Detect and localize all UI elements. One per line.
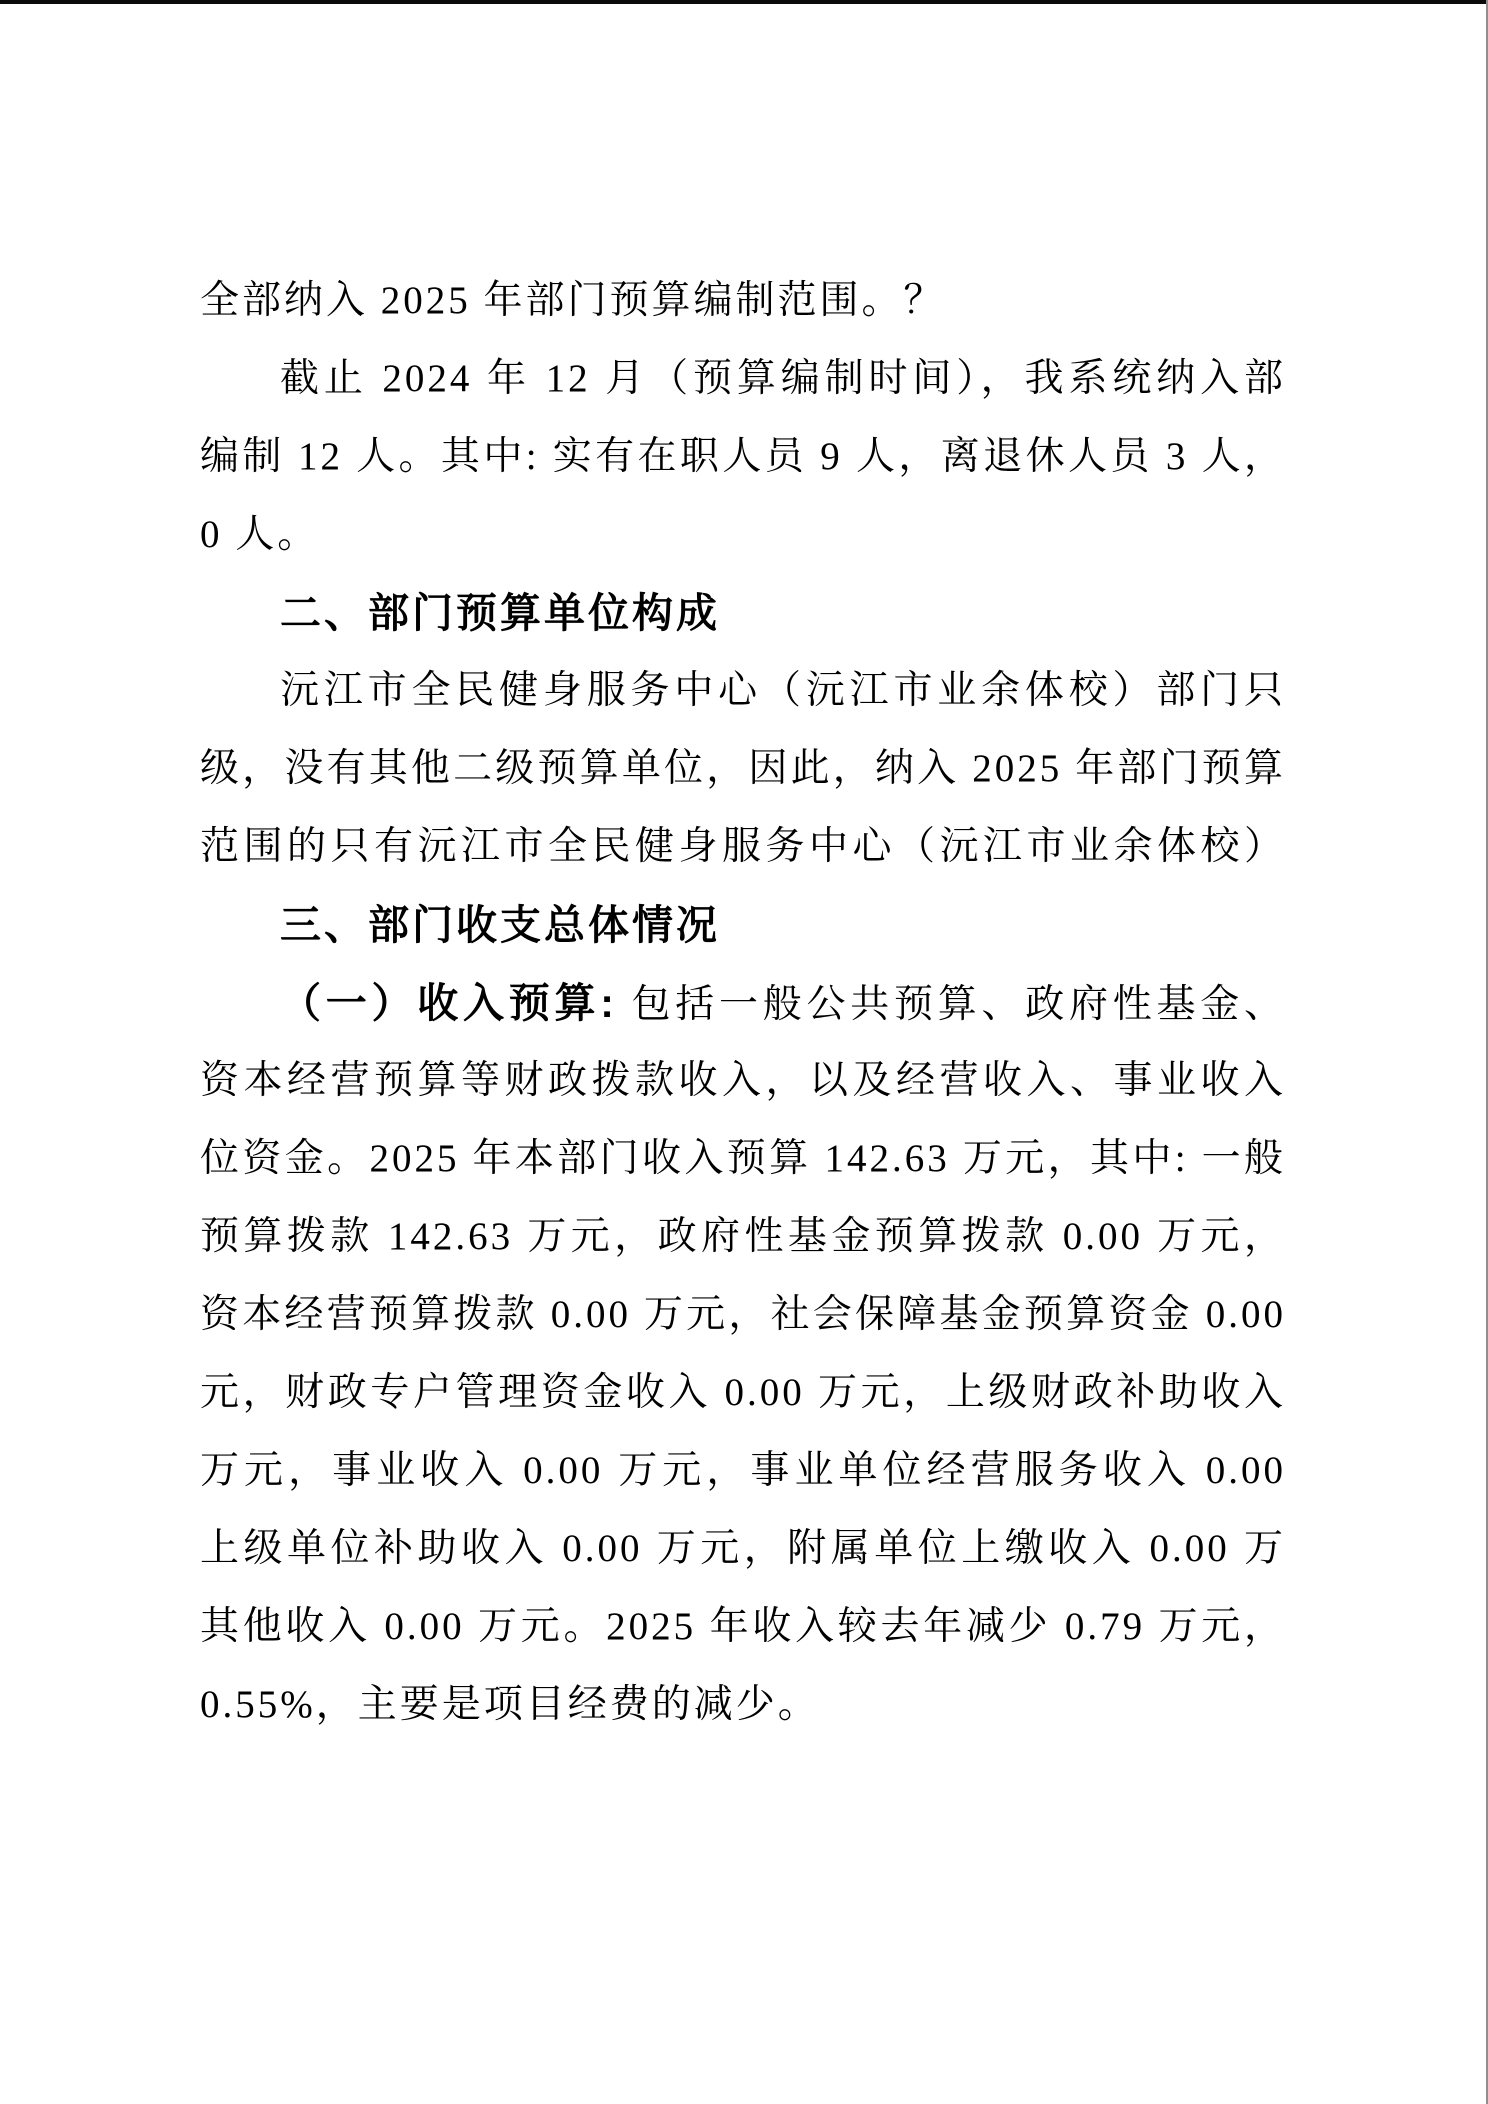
section-heading: 三、部门收支总体情况 bbox=[200, 886, 1286, 964]
text-run: 万元，事业收入 0.00 万元，事业单位经营服务收入 0.00 万元， bbox=[200, 1449, 1286, 1510]
text-line: 全部纳入 2025 年部门预算编制范围。？ bbox=[200, 262, 1286, 340]
bold-text-run: 三、部门收支总体情况 bbox=[280, 902, 720, 948]
text-line: 编制 12 人。其中: 实有在职人员 9 人，离退休人员 3 人，遗属 bbox=[200, 418, 1286, 496]
text-run: 预算拨款 142.63 万元，政府性基金预算拨款 0.00 万元，国有 bbox=[200, 1215, 1286, 1276]
document-body: 全部纳入 2025 年部门预算编制范围。？截止 2024 年 12 月（预算编制… bbox=[200, 262, 1286, 1744]
text-line: 预算拨款 142.63 万元，政府性基金预算拨款 0.00 万元，国有 bbox=[200, 1198, 1286, 1276]
text-run: 范围的只有沅江市全民健身服务中心（沅江市业余体校）本级。 bbox=[200, 825, 1286, 886]
section-heading: 二、部门预算单位构成 bbox=[200, 574, 1286, 652]
text-run: 全部纳入 2025 年部门预算编制范围。？ bbox=[200, 279, 946, 322]
text-run: 0 人。 bbox=[200, 513, 319, 556]
text-run: 0.55%，主要是项目经费的减少。 bbox=[200, 1683, 820, 1726]
text-line: 范围的只有沅江市全民健身服务中心（沅江市业余体校）本级。 bbox=[200, 808, 1286, 886]
text-line: 截止 2024 年 12 月（预算编制时间），我系统纳入部门预算 bbox=[200, 340, 1286, 418]
text-run: 沅江市全民健身服务中心（沅江市业余体校）部门只有本 bbox=[280, 669, 1286, 730]
text-run: 元，财政专户管理资金收入 0.00 万元，上级财政补助收入 0.00 bbox=[200, 1371, 1286, 1432]
bold-text-run: 二、部门预算单位构成 bbox=[280, 590, 720, 636]
text-line: 沅江市全民健身服务中心（沅江市业余体校）部门只有本 bbox=[200, 652, 1286, 730]
text-run: 资本经营预算拨款 0.00 万元，社会保障基金预算资金 0.00 万 bbox=[200, 1293, 1286, 1354]
text-line: （一）收入预算: 包括一般公共预算、政府性基金、国有 bbox=[200, 964, 1286, 1042]
text-line: 万元，事业收入 0.00 万元，事业单位经营服务收入 0.00 万元， bbox=[200, 1432, 1286, 1510]
text-run: 上级单位补助收入 0.00 万元，附属单位上缴收入 0.00 万元， bbox=[200, 1527, 1286, 1588]
text-line: 级，没有其他二级预算单位，因此，纳入 2025 年部门预算编制 bbox=[200, 730, 1286, 808]
text-run: 截止 2024 年 12 月（预算编制时间），我系统纳入部门预算 bbox=[280, 357, 1286, 418]
text-line: 资本经营预算拨款 0.00 万元，社会保障基金预算资金 0.00 万 bbox=[200, 1276, 1286, 1354]
text-line: 0 人。 bbox=[200, 496, 1286, 574]
window-top-edge bbox=[0, 0, 1488, 4]
text-run: 资本经营预算等财政拨款收入，以及经营收入、事业收入等单 bbox=[200, 1059, 1286, 1120]
text-line: 位资金。2025 年本部门收入预算 142.63 万元，其中: 一般公共 bbox=[200, 1120, 1286, 1198]
text-run: 级，没有其他二级预算单位，因此，纳入 2025 年部门预算编制 bbox=[200, 747, 1286, 808]
bold-text-run: （一）收入预算: bbox=[280, 980, 617, 1026]
text-run: 其他收入 0.00 万元。2025 年收入较去年减少 0.79 万元，下降 bbox=[200, 1605, 1286, 1666]
text-line: 上级单位补助收入 0.00 万元，附属单位上缴收入 0.00 万元， bbox=[200, 1510, 1286, 1588]
text-line: 其他收入 0.00 万元。2025 年收入较去年减少 0.79 万元，下降 bbox=[200, 1588, 1286, 1666]
text-run: 位资金。2025 年本部门收入预算 142.63 万元，其中: 一般公共 bbox=[200, 1137, 1286, 1198]
text-line: 资本经营预算等财政拨款收入，以及经营收入、事业收入等单 bbox=[200, 1042, 1286, 1120]
text-line: 0.55%，主要是项目经费的减少。 bbox=[200, 1666, 1286, 1744]
document-page: 全部纳入 2025 年部门预算编制范围。？截止 2024 年 12 月（预算编制… bbox=[0, 0, 1488, 2104]
text-line: 元，财政专户管理资金收入 0.00 万元，上级财政补助收入 0.00 bbox=[200, 1354, 1286, 1432]
text-run: 编制 12 人。其中: 实有在职人员 9 人，离退休人员 3 人，遗属 bbox=[200, 435, 1286, 496]
